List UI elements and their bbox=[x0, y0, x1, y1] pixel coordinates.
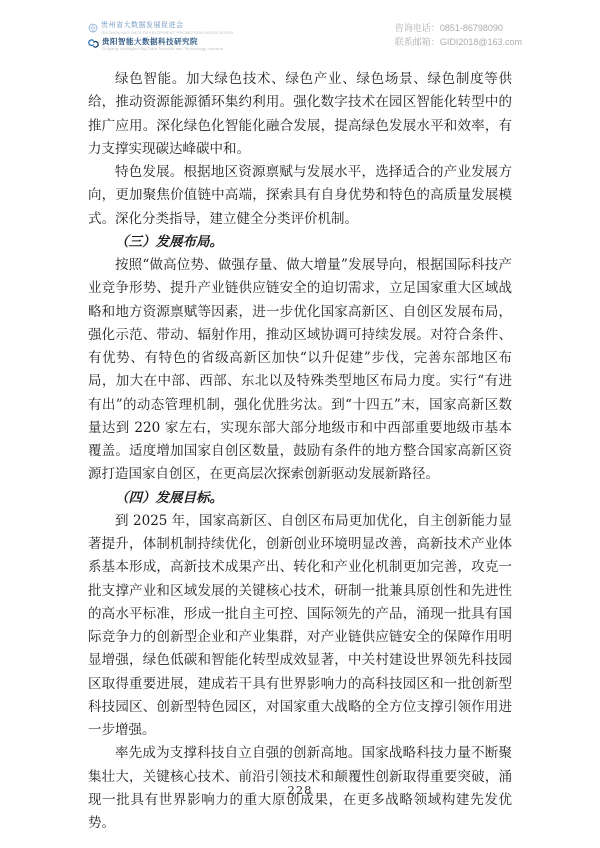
globe-icon bbox=[88, 23, 98, 33]
phone-number: 0851-86798090 bbox=[440, 23, 503, 33]
section-heading-layout: （三）发展布局。 bbox=[88, 231, 512, 254]
logo-institute-text: 贵阳智能大数据科技研究院 Guiyang Intelligent Big Dat… bbox=[102, 37, 223, 51]
institute-subtitle: Guiyang Intelligent Big Data Science and… bbox=[102, 46, 223, 51]
paragraph-goals-2025: 到 2025 年，国家高新区、自创区布局更加优化，自主创新能力显著提升，体制机制… bbox=[88, 510, 512, 743]
logo-association-text: 贵州省大数据发展促进会 GUIZHOU BIG DATA DEVELOPMENT… bbox=[101, 22, 233, 35]
email-label: 联系邮箱： bbox=[395, 37, 440, 47]
swirl-logo-icon bbox=[88, 38, 99, 49]
document-body: 绿色智能。加大绿色技术、绿色产业、绿色场景、绿色制度等供给，推动资源能源循环集约… bbox=[88, 68, 512, 835]
document-page: 贵州省大数据发展促进会 GUIZHOU BIG DATA DEVELOPMENT… bbox=[0, 0, 600, 848]
page-header: 贵州省大数据发展促进会 GUIZHOU BIG DATA DEVELOPMENT… bbox=[88, 22, 522, 51]
paragraph-green-intelligence: 绿色智能。加大绿色技术、绿色产业、绿色场景、绿色制度等供给，推动资源能源循环集约… bbox=[88, 68, 512, 161]
letterhead-logos: 贵州省大数据发展促进会 GUIZHOU BIG DATA DEVELOPMENT… bbox=[88, 22, 233, 51]
page-number: 228 bbox=[0, 783, 600, 797]
association-name: 贵州省大数据发展促进会 bbox=[101, 22, 233, 30]
contact-email-line: 联系邮箱：GIDI2018@163.com bbox=[395, 36, 522, 50]
phone-label: 咨询电话： bbox=[395, 23, 440, 33]
institute-name: 贵阳智能大数据科技研究院 bbox=[102, 37, 223, 46]
contact-phone-line: 咨询电话：0851-86798090 bbox=[395, 22, 522, 36]
section-heading-goals: （四）发展目标。 bbox=[88, 487, 512, 510]
paragraph-distinct-development: 特色发展。根据地区资源禀赋与发展水平，选择适合的产业发展方向，更加聚焦价值链中高… bbox=[88, 161, 512, 231]
email-address: GIDI2018@163.com bbox=[440, 37, 522, 47]
paragraph-layout-detail: 按照“做高位势、做强存量、做大增量”发展导向，根据国际科技产业竞争形势、提升产业… bbox=[88, 254, 512, 487]
association-subtitle: GUIZHOU BIG DATA DEVELOPMENT PROMOTION A… bbox=[101, 30, 233, 35]
logo-institute: 贵阳智能大数据科技研究院 Guiyang Intelligent Big Dat… bbox=[88, 37, 233, 51]
logo-association: 贵州省大数据发展促进会 GUIZHOU BIG DATA DEVELOPMENT… bbox=[88, 22, 233, 35]
contact-info: 咨询电话：0851-86798090 联系邮箱：GIDI2018@163.com bbox=[395, 22, 522, 49]
